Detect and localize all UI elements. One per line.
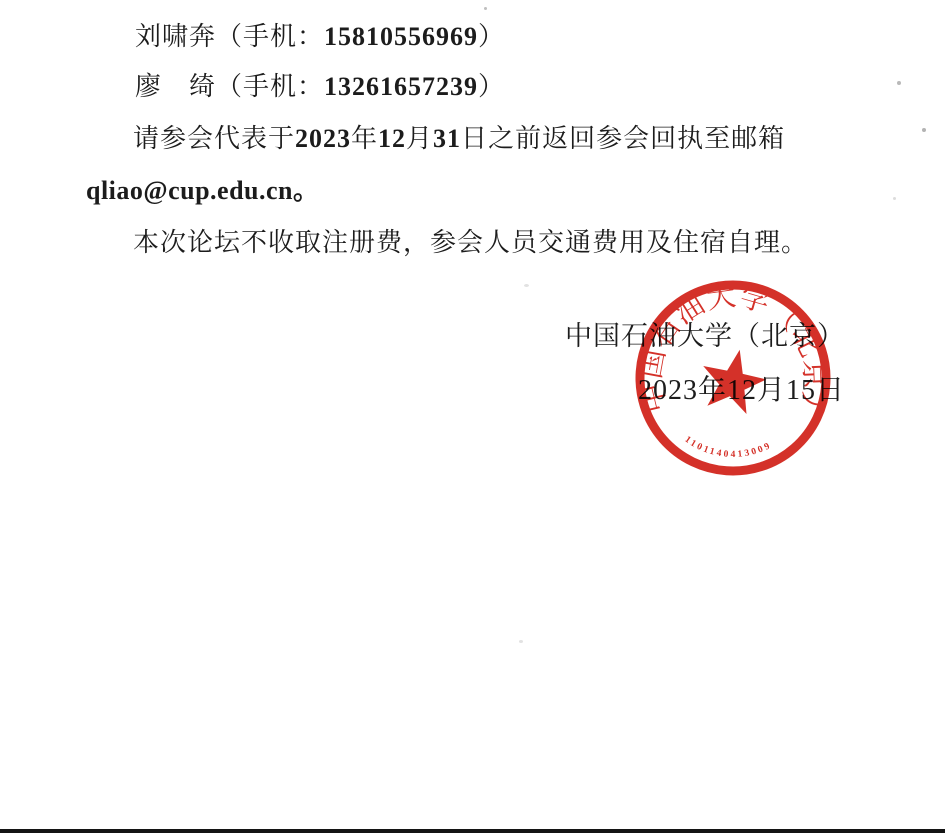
seal-serial-text: 1101140413009 [682,434,775,463]
email-address: qliao@cup.edu.cn [86,176,293,205]
scan-speck [922,128,926,132]
contact-open: （手机： [216,22,324,51]
notice-year: 2023 [295,124,351,153]
contact-phone: 15810556969 [324,22,478,51]
email-period: 。 [293,176,320,205]
scan-speck [484,7,487,10]
contact-phone: 13261657239 [324,72,478,101]
contact-line-2: 廖 绮（手机：13261657239） [135,66,505,103]
contact-open: （手机： [216,72,324,101]
fee-note-line: 本次论坛不收取注册费，参会人员交通费用及住宿自理。 [133,222,808,259]
contact-name: 刘啸奔 [135,22,216,51]
notice-day-unit: 日 [461,124,488,153]
scan-speck [524,284,529,287]
notice-day: 31 [433,124,461,153]
signature-date: 2023年12月15日 [638,368,845,408]
page-bottom-rule [0,829,945,833]
notice-month: 12 [378,124,406,153]
notice-month-unit: 月 [406,124,433,153]
scan-speck [519,640,523,643]
document-page: 刘啸奔（手机：15810556969） 廖 绮（手机：13261657239） … [0,0,951,837]
signature-org: 中国石油大学（北京） [565,314,845,353]
notice-year-unit: 年 [351,124,378,153]
notice-pre: 请参会代表于 [133,124,295,153]
contact-line-1: 刘啸奔（手机：15810556969） [135,16,505,53]
scan-speck [893,197,896,200]
scan-speck [897,81,901,85]
contact-close: ） [478,22,505,51]
contact-name: 廖 绮 [135,72,216,101]
notice-post: 之前返回参会回执至邮箱 [488,124,785,153]
email-line: qliao@cup.edu.cn。 [86,170,320,207]
contact-close: ） [478,72,505,101]
notice-line: 请参会代表于2023年12月31日之前返回参会回执至邮箱 [133,118,785,155]
